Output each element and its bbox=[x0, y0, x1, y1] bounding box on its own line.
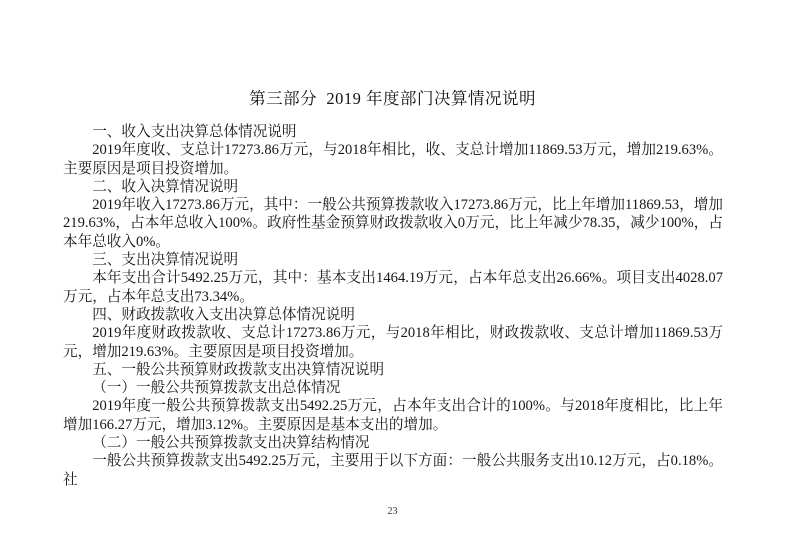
section-heading: 三、支出决算情况说明 bbox=[63, 251, 723, 269]
section-heading: （一）一般公共预算拨款支出总体情况 bbox=[63, 379, 723, 397]
paragraph: 2019年度财政拨款收、支总计17273.86万元，与2018年相比，财政拨款收… bbox=[63, 324, 723, 361]
section-heading: 四、财政拨款收入支出决算总体情况说明 bbox=[63, 306, 723, 324]
section-heading: 五、一般公共预算财政拨款支出决算情况说明 bbox=[63, 361, 723, 379]
document-page: 第三部分 2019 年度部门决算情况说明 一、收入支出决算总体情况说明2019年… bbox=[0, 0, 785, 555]
section-heading: 一、收入支出决算总体情况说明 bbox=[63, 123, 723, 141]
page-number: 23 bbox=[0, 506, 785, 517]
paragraph: 一般公共预算拨款支出5492.25万元，主要用于以下方面：一般公共服务支出10.… bbox=[63, 452, 723, 489]
document-title: 第三部分 2019 年度部门决算情况说明 bbox=[0, 85, 785, 109]
paragraph: 本年支出合计5492.25万元，其中：基本支出1464.19万元，占本年总支出2… bbox=[63, 269, 723, 306]
paragraph: 2019年度一般公共预算拨款支出5492.25万元，占本年支出合计的100%。与… bbox=[63, 397, 723, 434]
paragraph: 2019年收入17273.86万元，其中：一般公共预算拨款收入17273.86万… bbox=[63, 196, 723, 251]
section-heading: 二、收入决算情况说明 bbox=[63, 178, 723, 196]
document-body: 一、收入支出决算总体情况说明2019年度收、支总计17273.86万元，与201… bbox=[63, 123, 723, 489]
section-heading: （二）一般公共预算拨款支出决算结构情况 bbox=[63, 434, 723, 452]
paragraph: 2019年度收、支总计17273.86万元，与2018年相比，收、支总计增加11… bbox=[63, 141, 723, 178]
